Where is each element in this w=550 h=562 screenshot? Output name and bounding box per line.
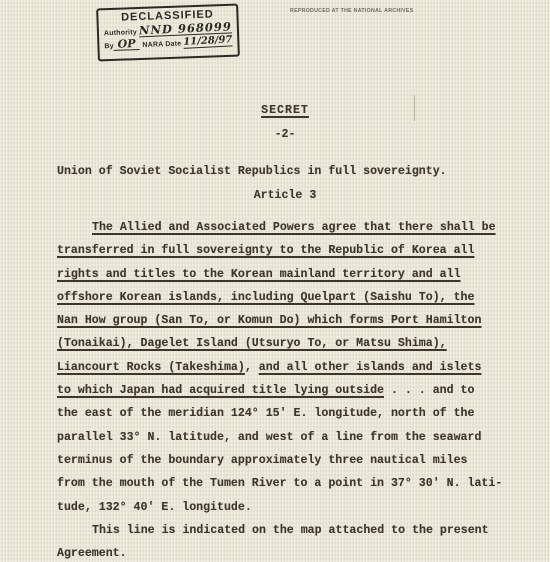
body-line: (Tonaikai), Dagelet Island (Utsuryo To, …: [57, 332, 513, 355]
underlined-text-segment: rights and titles to the Korean mainland…: [57, 268, 461, 281]
body-line: Liancourt Rocks (Takeshima), and all oth…: [57, 356, 513, 379]
body-line: terminus of the boundary approximately t…: [57, 449, 513, 472]
stamp-by-row: By OP NARA Date 11/28/97: [104, 35, 232, 51]
text-segment: terminus of the boundary approximately t…: [57, 454, 468, 467]
text-segment: from the mouth of the Tumen River to a p…: [57, 477, 502, 490]
underlined-text-segment: The Allied and Associated Powers agree t…: [92, 221, 496, 234]
text-segment: . . . and to: [384, 384, 474, 397]
body-line: tude, 132° 40' E. longitude.: [57, 496, 513, 519]
underlined-text-segment: to which Japan had acquired title lying …: [57, 384, 384, 397]
archive-reproduction-note: REPRODUCED AT THE NATIONAL ARCHIVES: [290, 8, 414, 14]
body-line: rights and titles to the Korean mainland…: [57, 263, 513, 286]
text-segment: Agreement.: [57, 547, 127, 560]
text-segment: parallel 33° N. latitude, and west of a …: [57, 431, 481, 444]
underlined-text-segment: Nan How group (San To, or Komun Do) whic…: [57, 314, 481, 327]
underlined-text-segment: Liancourt Rocks (Takeshima): [57, 361, 245, 374]
underlined-text-segment: and all other islands and islets: [259, 361, 482, 374]
underlined-text-segment: (Tonaikai), Dagelet Island (Utsuryo To, …: [57, 337, 447, 350]
stamp-by-value: OP: [114, 38, 140, 51]
body-line: offshore Korean islands, including Quelp…: [57, 286, 513, 309]
body-line: transferred in full sovereignty to the R…: [57, 239, 513, 262]
body-line: Agreement.: [57, 542, 513, 562]
intro-line: Union of Soviet Socialist Republics in f…: [57, 165, 513, 179]
underlined-text-segment: transferred in full sovereignty to the R…: [57, 244, 474, 257]
article-heading: Article 3: [57, 189, 550, 203]
text-segment: ,: [245, 361, 259, 374]
stamp-by-label: By: [104, 42, 114, 51]
declassified-stamp: DECLASSIFIED Authority NND 968099 By OP …: [96, 4, 240, 62]
stamp-date-label: NARA Date: [142, 40, 181, 50]
text-segment: This line is indicated on the map attach…: [92, 524, 489, 537]
body-line: This line is indicated on the map attach…: [57, 519, 513, 542]
document-page: DECLASSIFIED Authority NND 968099 By OP …: [0, 0, 550, 562]
body-line: from the mouth of the Tumen River to a p…: [57, 472, 513, 495]
classification-heading: SECRET: [57, 104, 527, 118]
body-line: the east of the meridian 124° 15' E. lon…: [57, 402, 513, 425]
body-line: parallel 33° N. latitude, and west of a …: [57, 426, 513, 449]
body-lines: The Allied and Associated Powers agree t…: [57, 216, 513, 562]
underlined-text-segment: offshore Korean islands, including Quelp…: [57, 291, 474, 304]
stamp-date-value: 11/28/97: [183, 34, 233, 49]
text-segment: the east of the meridian 124° 15' E. lon…: [57, 407, 474, 420]
body-line: Nan How group (San To, or Komun Do) whic…: [57, 309, 513, 332]
body-line: to which Japan had acquired title lying …: [57, 379, 513, 402]
body-line: The Allied and Associated Powers agree t…: [57, 216, 513, 239]
text-segment: tude, 132° 40' E. longitude.: [57, 501, 252, 514]
page-number: -2-: [57, 128, 535, 142]
classification-text: SECRET: [261, 104, 309, 117]
